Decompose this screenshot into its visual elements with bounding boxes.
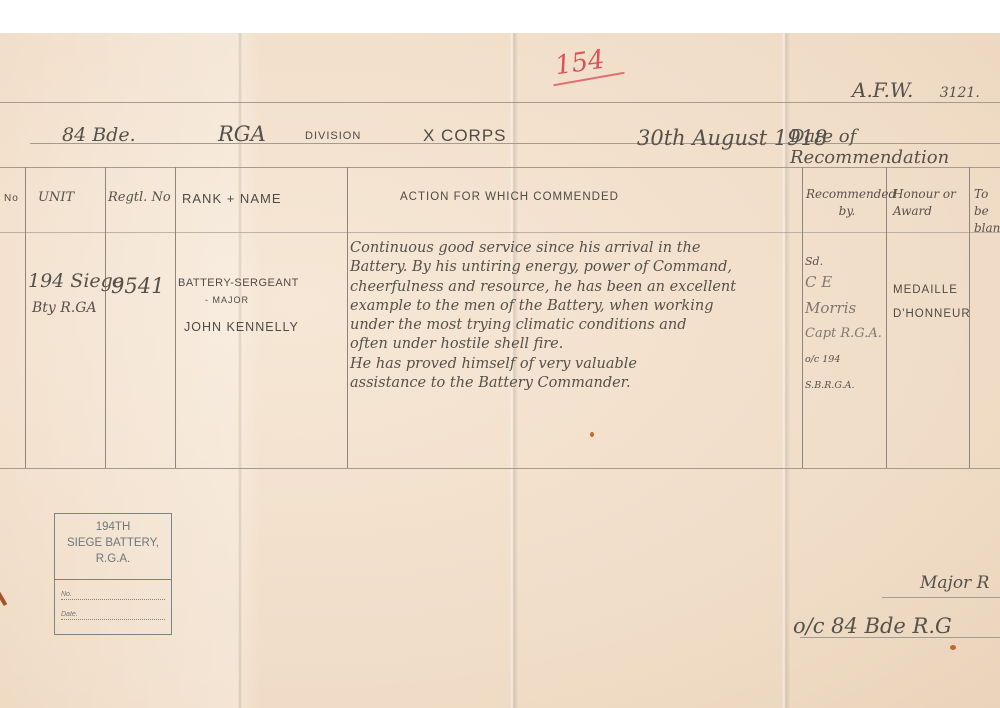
unit-line-1: 194 Siege — [28, 270, 124, 292]
action-line: example to the men of the Battery, when … — [350, 297, 800, 316]
rank-line-2: - MAJOR — [205, 295, 249, 305]
signature-title: o/c 84 Bde R.G — [793, 614, 952, 638]
col-header-recommended-by: Recommended by. — [806, 186, 888, 220]
award: MEDAILLE D'HONNEUR — [893, 278, 971, 326]
brigade-field: 84 Bde. — [62, 124, 136, 146]
form-number: A.F.W. 3121. — [852, 78, 980, 102]
action-line: under the most trying climatic condition… — [350, 316, 800, 335]
recommended-sd: Sd. — [805, 255, 885, 269]
col-header-blank: To be blank — [974, 186, 1000, 237]
table-bottom-border — [0, 468, 1000, 469]
unit-line-2: Bty R.GA — [32, 300, 97, 316]
col-header-rank-name: RANK + NAME — [182, 191, 282, 206]
col-header-regtl-no: Regtl. No — [108, 190, 171, 205]
battery-stamp: 194TH SIEGE BATTERY, R.G.A. No. Date. — [54, 513, 172, 635]
col-header-award: Honour or Award — [893, 186, 968, 220]
action-line: Battery. By his untiring energy, power o… — [350, 258, 800, 277]
action-line: Continuous good service since his arriva… — [350, 239, 800, 258]
col-header-action: ACTION FOR WHICH COMMENDED — [400, 191, 619, 203]
stamp-no-field: No. — [61, 591, 165, 600]
action-text: Continuous good service since his arriva… — [350, 239, 800, 393]
award-line-1: MEDAILLE — [893, 278, 971, 302]
soldier-name: JOHN KENNELLY — [184, 320, 299, 334]
col-header-unit: UNIT — [38, 190, 74, 205]
action-line: cheerfulness and resource, he has been a… — [350, 278, 800, 297]
corps-field: X CORPS — [423, 126, 507, 146]
stamp-line-3: R.G.A. — [55, 551, 171, 567]
col-divider — [175, 167, 176, 468]
col-divider — [802, 167, 803, 468]
action-line: assistance to the Battery Commander. — [350, 374, 800, 393]
recommended-signature: C E Morris — [805, 269, 885, 321]
col-header-no: No — [4, 193, 19, 204]
recommended-rank: Capt R.G.A. — [805, 321, 885, 347]
col-divider — [347, 167, 348, 468]
signature-name: Major R — [920, 573, 989, 593]
form-number-value: 3121. — [940, 85, 980, 101]
col-divider — [105, 167, 106, 468]
form-number-prefix: A.F.W. — [852, 78, 913, 102]
col-divider — [25, 167, 26, 468]
action-line: often under hostile shell fire. — [350, 335, 800, 354]
date-label: Date of Recommendation — [790, 126, 1000, 168]
signature-rule — [882, 597, 1000, 598]
award-line-2: D'HONNEUR — [893, 302, 971, 326]
division-label: DIVISION — [305, 130, 361, 142]
action-line: He has proved himself of very valuable — [350, 355, 800, 374]
rank-line-1: BATTERY-SERGEANT — [178, 277, 299, 289]
table-header-border — [0, 232, 1000, 233]
rule-top — [0, 102, 1000, 103]
recommended-by: Sd. C E Morris Capt R.G.A. o/c 194 S.B.R… — [805, 255, 885, 399]
stamp-line-2: SIEGE BATTERY, — [55, 535, 171, 551]
stamp-date-field: Date. — [61, 611, 165, 620]
rust-stain — [950, 645, 956, 650]
recommended-unit: o/c 194 S.B.R.G.A. — [805, 347, 885, 399]
division-field: RGA — [218, 122, 266, 146]
rust-stain — [590, 432, 594, 437]
regtl-number: 9541 — [111, 274, 164, 298]
stamp-line-1: 194TH — [55, 519, 171, 535]
